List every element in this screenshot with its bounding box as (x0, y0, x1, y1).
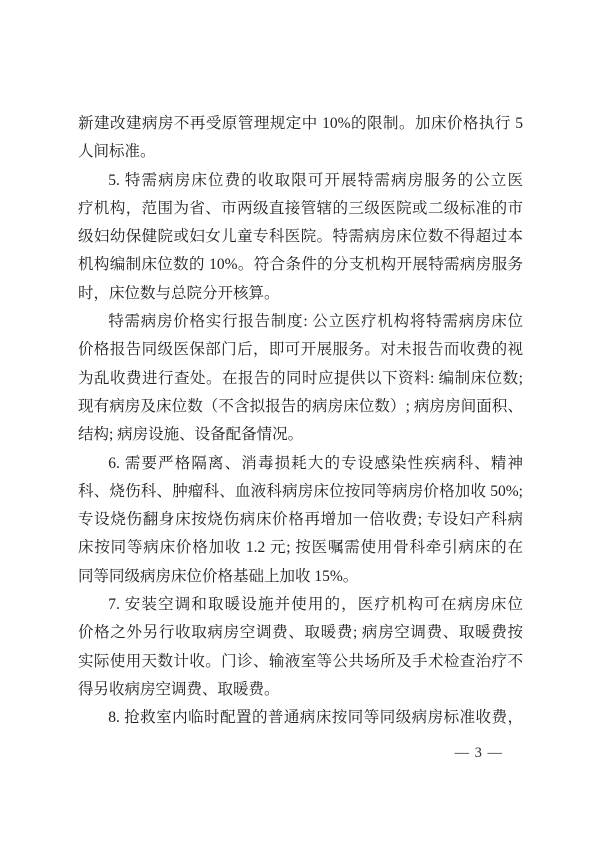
text-line: 7. 安装空调和取暖设施并使用的，医疗机构可在病房床位 (78, 591, 523, 619)
text-line: 级妇幼保健院或妇女儿童专科医院。特需病房床位数不得超过本 (78, 223, 523, 251)
document-page: 新建改建病房不再受原管理规定中 10%的限制。加床价格执行 5人间标准。5. 特… (0, 0, 600, 848)
text-line: 结构; 病房设施、设备配备情况。 (78, 421, 523, 449)
text-line: 为乱收费进行查处。在报告的同时应提供以下资料: 编制床位数; (78, 365, 523, 393)
page-number: — 3 — (455, 745, 504, 761)
text-line: 疗机构，范围为省、市两级直接管辖的三级医院或二级标准的市 (78, 195, 523, 223)
text-line: 时，床位数与总院分开核算。 (78, 280, 523, 308)
text-line: 科、烧伤科、肿瘤科、血液科病房床位按同等病房价格加收 50%; (78, 478, 523, 506)
text-line: 人间标准。 (78, 138, 523, 166)
text-line: 床按同等病床价格加收 1.2 元; 按医嘱需使用骨科牵引病床的在 (78, 534, 523, 562)
text-line: 价格报告同级医保部门后，即可开展服务。对未报告而收费的视 (78, 336, 523, 364)
text-line: 同等同级病房床位价格基础上加收 15%。 (78, 563, 523, 591)
text-line: 新建改建病房不再受原管理规定中 10%的限制。加床价格执行 5 (78, 110, 523, 138)
text-line: 得另收病房空调费、取暖费。 (78, 676, 523, 704)
document-body: 新建改建病房不再受原管理规定中 10%的限制。加床价格执行 5人间标准。5. 特… (78, 110, 523, 733)
text-line: 5. 特需病房床位费的收取限可开展特需病房服务的公立医 (78, 167, 523, 195)
text-line: 特需病房价格实行报告制度: 公立医疗机构将特需病房床位 (78, 308, 523, 336)
text-line: 现有病房及床位数（不含拟报告的病房床位数）; 病房房间面积、 (78, 393, 523, 421)
text-line: 8. 抢救室内临时配置的普通病床按同等同级病房标准收费， (78, 704, 523, 732)
text-line: 专设烧伤翻身床按烧伤病床价格再增加一倍收费; 专设妇产科病 (78, 506, 523, 534)
text-line: 6. 需要严格隔离、消毒损耗大的专设感染性疾病科、精神 (78, 450, 523, 478)
text-line: 实际使用天数计收。门诊、输液室等公共场所及手术检查治疗不 (78, 648, 523, 676)
text-line: 价格之外另行收取病房空调费、取暖费; 病房空调费、取暖费按 (78, 619, 523, 647)
page-footer: — 3 — (455, 744, 504, 762)
text-line: 机构编制床位数的 10%。符合条件的分支机构开展特需病房服务 (78, 251, 523, 279)
